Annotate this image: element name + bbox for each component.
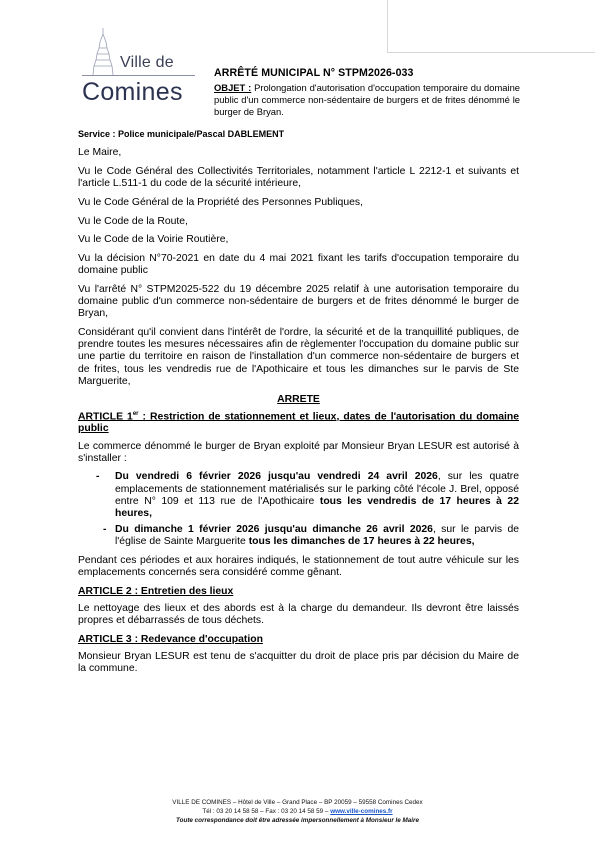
stamp-box xyxy=(387,0,595,53)
arrete-heading: ARRETE xyxy=(78,394,519,406)
footer-contact: Tél : 03 20 14 58 58 – Fax : 03 20 14 58… xyxy=(0,807,595,816)
footer-phone-fax: Tél : 03 20 14 58 58 – Fax : 03 20 14 58… xyxy=(202,808,330,815)
period-list: -Du vendredi 6 février 2026 jusqu'au ven… xyxy=(78,471,519,548)
vu-clause: Vu la décision N°70-2021 en date du 4 ma… xyxy=(78,253,519,277)
article-2-text: Le nettoyage des lieux et des abords est… xyxy=(78,603,519,627)
logo-ville-text: Ville de xyxy=(120,54,174,72)
footer-note: Toute correspondance doit être adressée … xyxy=(0,816,595,825)
vu-clause: Vu le Code Général de la Propriété des P… xyxy=(78,197,519,209)
church-spire-icon xyxy=(88,26,118,76)
period-dates: Du dimanche 1 février 2026 jusqu'au dima… xyxy=(115,524,433,535)
period-item: -Du vendredi 6 février 2026 jusqu'au ven… xyxy=(78,471,519,520)
vu-clause: Vu le Code Général des Collectivités Ter… xyxy=(78,166,519,190)
logo-rule xyxy=(82,75,195,76)
objet-paragraph: OBJET : Prolongation d'autorisation d'oc… xyxy=(214,82,520,117)
period-item: -Du dimanche 1 février 2026 jusqu'au dim… xyxy=(78,524,519,548)
service-line: Service : Police municipale/Pascal DABLE… xyxy=(78,128,519,140)
article-1-title: : Restriction de stationnement et lieux,… xyxy=(78,411,519,434)
article-1-heading: ARTICLE 1er : Restriction de stationneme… xyxy=(78,408,519,436)
vu-clause: Vu le Code de la Route, xyxy=(78,216,519,228)
logo-comines-text: Comines xyxy=(82,78,183,107)
considerant-clause: Considérant qu'il convient dans l'intérê… xyxy=(78,327,519,388)
page-footer: VILLE DE COMINES – Hôtel de Ville – Gran… xyxy=(0,798,595,825)
article-1-number: ARTICLE 1 xyxy=(78,411,133,422)
article-3-text: Monsieur Bryan LESUR est tenu de s'acqui… xyxy=(78,651,519,675)
bullet-dash: - xyxy=(96,471,99,483)
city-logo: Ville de Comines xyxy=(82,26,197,111)
objet-label: OBJET : xyxy=(214,82,251,93)
website-link[interactable]: www.ville-comines.fr xyxy=(330,808,392,815)
document-header: ARRÊTÉ MUNICIPAL N° STPM2026-033 OBJET :… xyxy=(214,67,520,117)
bullet-dash: - xyxy=(103,524,106,536)
article-2-heading: ARTICLE 2 : Entretien des lieux xyxy=(78,586,519,598)
article-1-closing: Pendant ces périodes et aux horaires ind… xyxy=(78,555,519,579)
document-body: Service : Police municipale/Pascal DABLE… xyxy=(78,128,519,682)
footer-address: VILLE DE COMINES – Hôtel de Ville – Gran… xyxy=(0,798,595,807)
period-dates: Du vendredi 6 février 2026 jusqu'au vend… xyxy=(115,471,438,482)
arrete-number-title: ARRÊTÉ MUNICIPAL N° STPM2026-033 xyxy=(214,67,520,79)
vu-clause: Vu le Code de la Voirie Routière, xyxy=(78,234,519,246)
le-maire: Le Maire, xyxy=(78,147,519,159)
vu-clause: Vu l'arrêté N° STPM2025-522 du 19 décemb… xyxy=(78,284,519,321)
article-3-heading: ARTICLE 3 : Redevance d'occupation xyxy=(78,634,519,646)
article-1-intro: Le commerce dénommé le burger de Bryan e… xyxy=(78,441,519,465)
period-hours: tous les dimanches de 17 heures à 22 heu… xyxy=(249,536,475,547)
objet-text: Prolongation d'autorisation d'occupation… xyxy=(214,82,520,117)
